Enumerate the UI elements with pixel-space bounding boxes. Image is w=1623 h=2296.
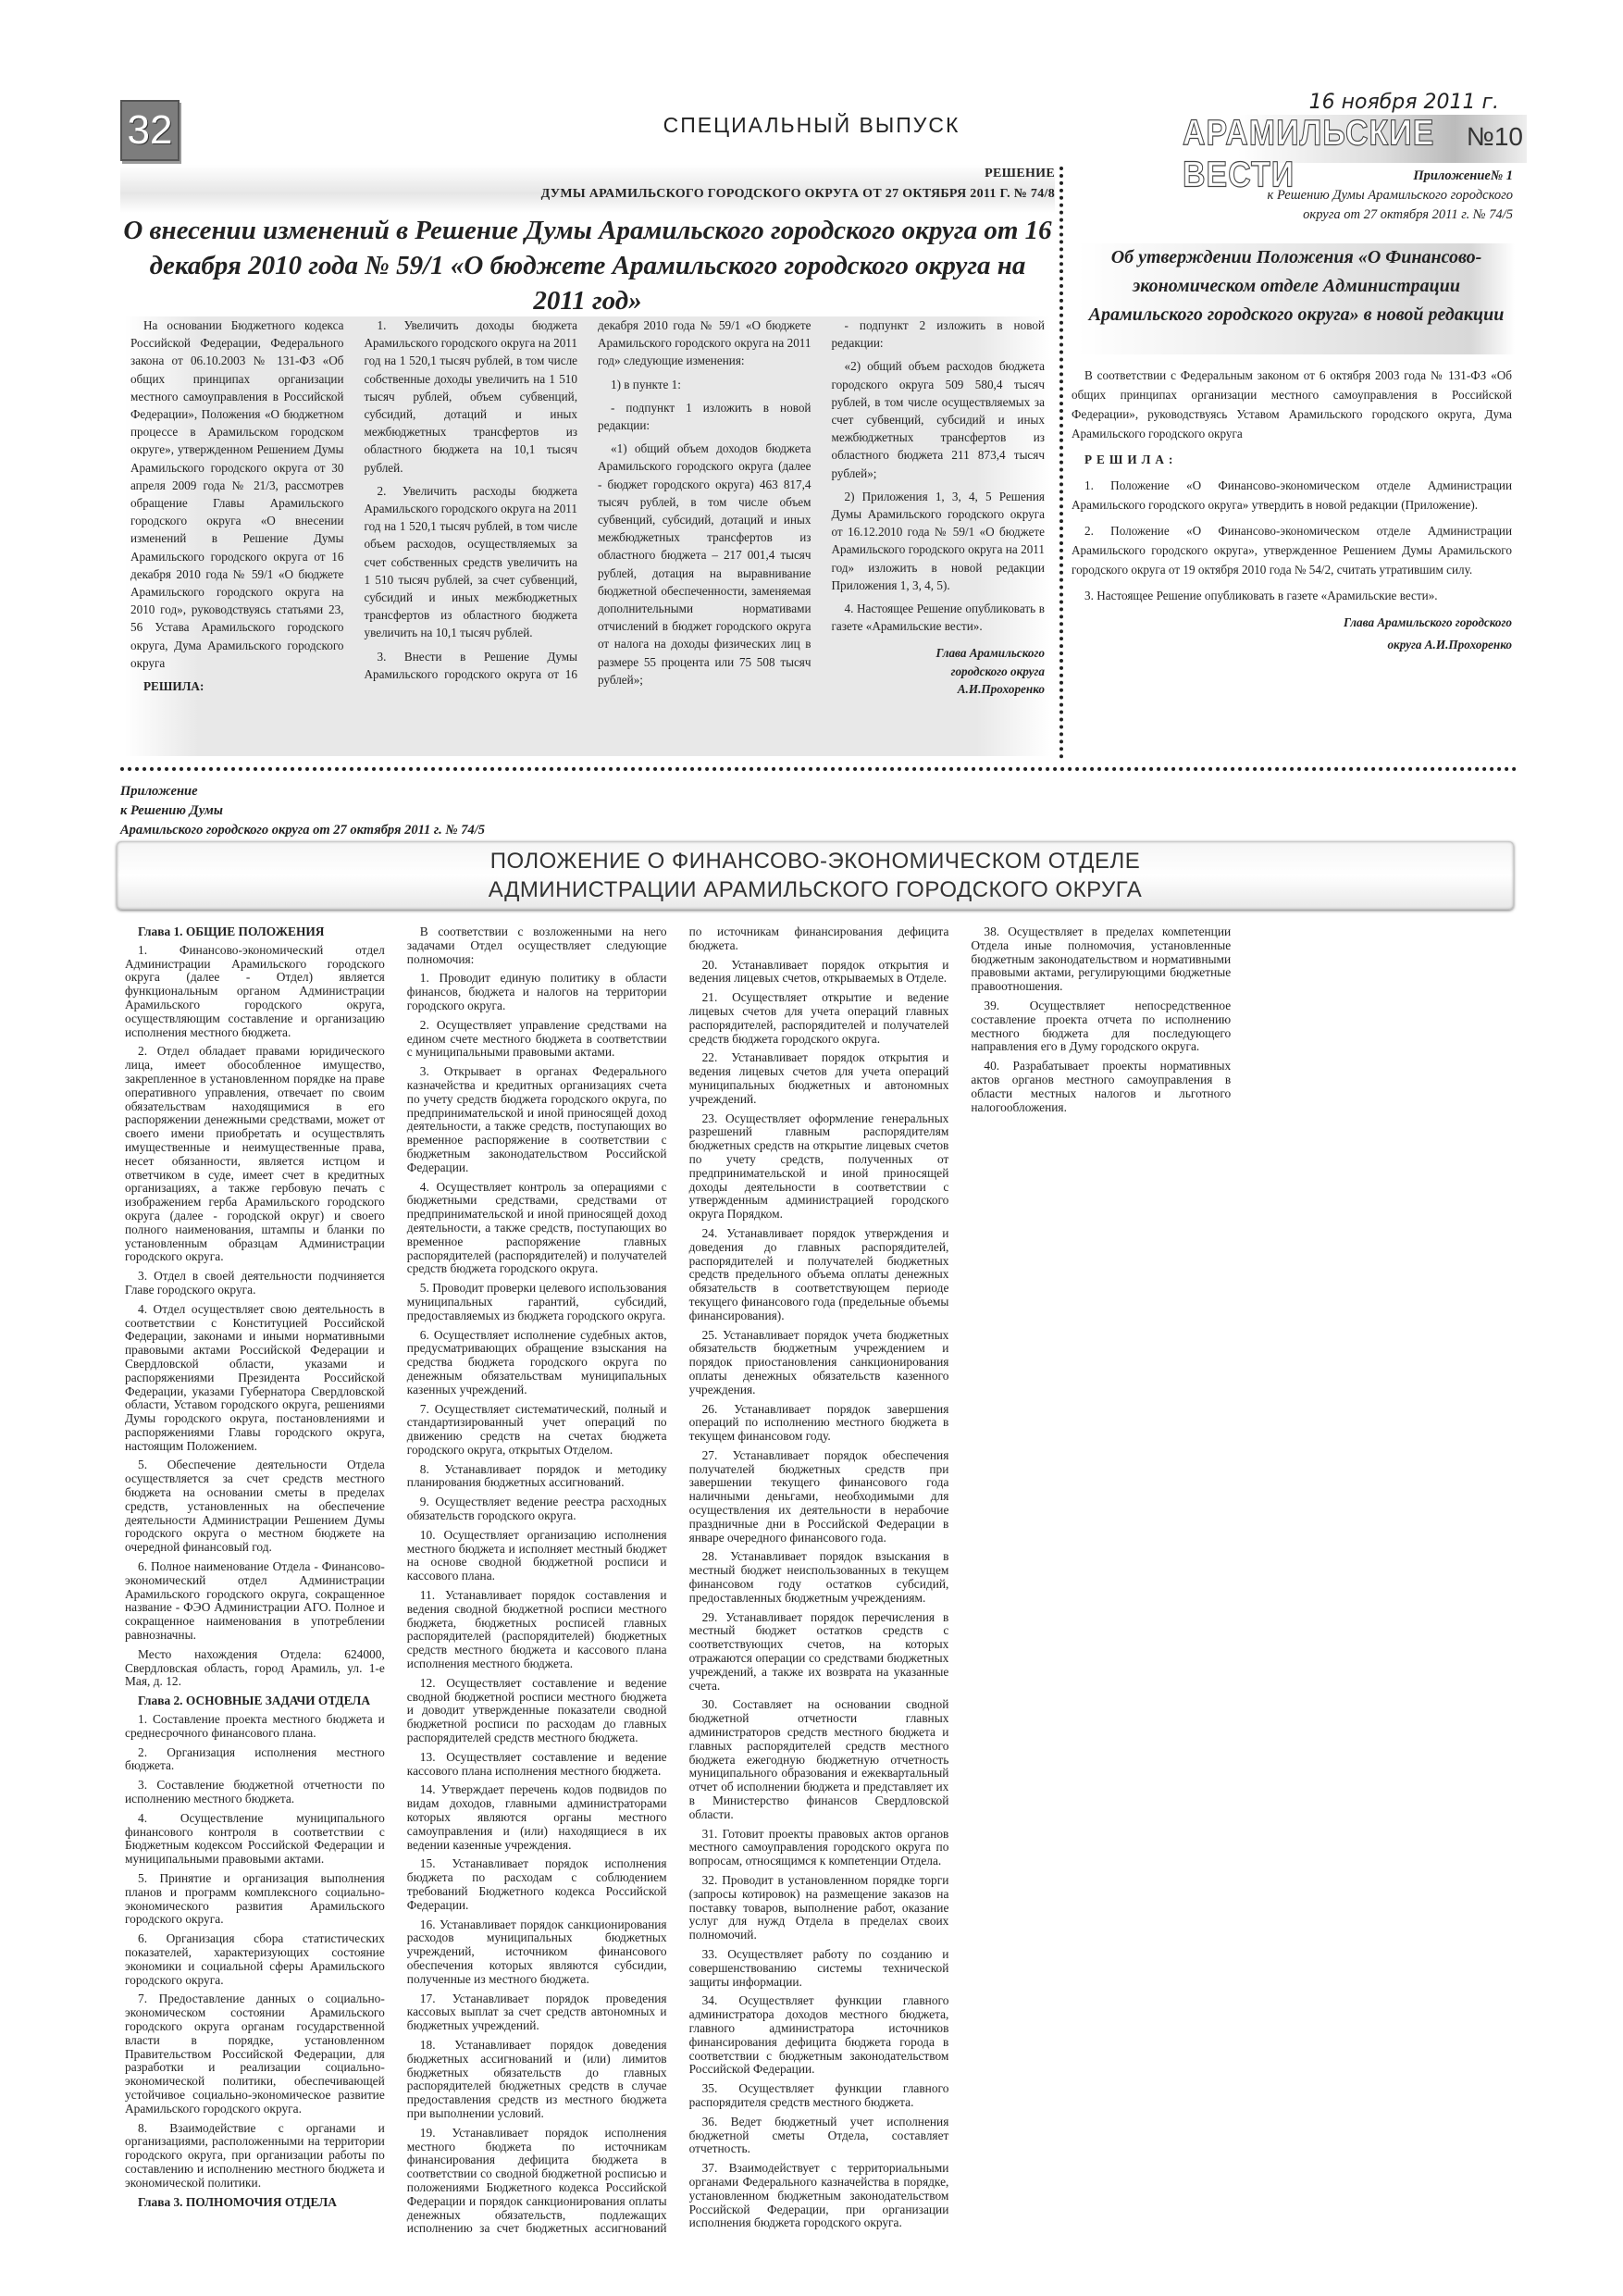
resolution-title: О внесении изменений в Решение Думы Арам…: [120, 213, 1055, 318]
regulation-item: 7. Предоставление данных о социально-эко…: [125, 1992, 385, 2116]
regulation-item: 22. Устанавливает порядок открытия и вед…: [689, 1051, 949, 1106]
regulation-title-line: ПОЛОЖЕНИЕ О ФИНАНСОВО-ЭКОНОМИЧЕСКОМ ОТДЕ…: [117, 847, 1514, 875]
signature-line: Глава Арамильского: [935, 646, 1045, 660]
issue-date: 16 ноября 2011 г.: [1268, 91, 1499, 114]
regulation-item: 5. Обеспечение деятельности Отдела осуще…: [125, 1458, 385, 1555]
appendix1-title: Об утверждении Положения «О Финансово-эк…: [1078, 243, 1515, 354]
regulation-item: Место нахождения Отдела: 624000, Свердло…: [125, 1648, 385, 1689]
regulation-item: 3. Составление бюджетной отчетности по и…: [125, 1779, 385, 1806]
resolution-decided: РЕШИЛА:: [130, 677, 344, 695]
resolution-body: На основании Бюджетного кодекса Российск…: [125, 316, 1050, 756]
appendix1-ref-line: к Решению Думы Арамильского городского: [1078, 186, 1513, 205]
regulation-intro: В соответствии с возложенными на него за…: [407, 925, 667, 966]
resolution-signature: Глава Арамильского городского округа А.И…: [832, 644, 1046, 698]
regulation-item: 21. Осуществляет открытие и ведение лице…: [689, 991, 949, 1046]
appendix1-body: В соответствии с Федеральным законом от …: [1072, 366, 1512, 663]
regulation-item: 35. Осуществляет функции главного распор…: [689, 2082, 949, 2110]
regulation-item: 27. Устанавливает порядок обеспечения по…: [689, 1449, 949, 1545]
resolution-label: РЕШЕНИЕ: [985, 167, 1055, 181]
resolution-item: 2) Приложения 1, 3, 4, 5 Решения Думы Ар…: [832, 488, 1046, 594]
regulation-item: 24. Устанавливает порядок утверждения и …: [689, 1227, 949, 1323]
regulation-item: 6. Осуществляет исполнение судебных акто…: [407, 1329, 667, 1397]
newspaper-masthead: АРАМИЛЬСКИЕ ВЕСТИ №10: [1166, 115, 1527, 163]
chapter-heading: Глава 2. ОСНОВНЫЕ ЗАДАЧИ ОТДЕЛА: [125, 1694, 385, 1708]
regulation-title-line: АДМИНИСТРАЦИИ АРАМИЛЬСКОГО ГОРОДСКОГО ОК…: [117, 875, 1514, 904]
regulation-item: 28. Устанавливает порядок взыскания в ме…: [689, 1550, 949, 1605]
appendix1-decided: РЕШИЛА:: [1072, 450, 1512, 469]
regulation-item: 3. Открывает в органах Федерального казн…: [407, 1065, 667, 1174]
appendix1-reference: Приложение№ 1 к Решению Думы Арамильског…: [1078, 167, 1513, 225]
resolution-item: 1. Увеличить доходы бюджета Арамильского…: [365, 316, 578, 477]
regulation-item: 2. Организация исполнения местного бюдже…: [125, 1746, 385, 1774]
regulation-item: 9. Осуществляет ведение реестра расходны…: [407, 1496, 667, 1523]
regulation-item: 40. Разрабатывает проекты нормативных ак…: [971, 1060, 1231, 1114]
regulation-item: 5. Принятие и организация выполнения пла…: [125, 1872, 385, 1927]
appendix1-item: 1. Положение «О Финансово-экономическом …: [1072, 476, 1512, 515]
appendix1-ref-title: Приложение№ 1: [1078, 167, 1513, 186]
regulation-item: 2. Отдел обладает правами юридического л…: [125, 1045, 385, 1264]
regulation-item: 16. Устанавливает порядок санкционирован…: [407, 1918, 667, 1987]
resolution-item: 4. Настоящее Решение опубликовать в газе…: [832, 600, 1046, 635]
appendix1-ref-line: округа от 27 октября 2011 г. № 74/5: [1078, 205, 1513, 225]
resolution-item: 1) в пункте 1:: [598, 376, 811, 393]
regulation-title-box: ПОЛОЖЕНИЕ О ФИНАНСОВО-ЭКОНОМИЧЕСКОМ ОТДЕ…: [117, 841, 1514, 910]
regulation-item: 1. Проводит единую политику в области фи…: [407, 972, 667, 1012]
signature-line: А.И.Прохоренко: [958, 682, 1045, 696]
resolution-subtitle: ДУМЫ АРАМИЛЬСКОГО ГОРОДСКОГО ОКРУГА ОТ 2…: [541, 187, 1055, 202]
regulation-item: 29. Устанавливает порядок перечисления в…: [689, 1611, 949, 1694]
regulation-item: 23. Осуществляет оформление генеральных …: [689, 1112, 949, 1222]
dotted-divider-horizontal: [120, 767, 1518, 771]
regulation-item: 30. Составляет на основании сводной бюдж…: [689, 1698, 949, 1821]
resolution-item: «1) общий объем доходов бюджета Арамильс…: [598, 440, 811, 689]
regulation-item: 15. Устанавливает порядок исполнения бюд…: [407, 1857, 667, 1912]
regulation-item: 1. Составление проекта местного бюджета …: [125, 1713, 385, 1741]
regulation-item: 33. Осуществляет работу по созданию и со…: [689, 1948, 949, 1989]
resolution-item: 2. Увеличить расходы бюджета Арамильског…: [365, 482, 578, 642]
regulation-item: 7. Осуществляет систематический, полный …: [407, 1403, 667, 1458]
regulation-item: 25. Устанавливает порядок учета бюджетны…: [689, 1329, 949, 1397]
regulation-item: 17. Устанавливает порядок проведения кас…: [407, 1992, 667, 2033]
appendix-ref-line: Арамильского городского округа от 27 окт…: [120, 821, 675, 840]
regulation-item: 2. Осуществляет управление средствами на…: [407, 1019, 667, 1060]
appendix1-preamble: В соответствии с Федеральным законом от …: [1072, 366, 1512, 443]
appendix1-item: 2. Положение «О Финансово-экономическом …: [1072, 521, 1512, 579]
regulation-item: 12. Осуществляет составление и ведение с…: [407, 1677, 667, 1745]
regulation-item: 18. Устанавливает порядок доведения бюдж…: [407, 2039, 667, 2121]
regulation-item: 14. Утверждает перечень кодов подвидов п…: [407, 1783, 667, 1852]
resolution-preamble: На основании Бюджетного кодекса Российск…: [130, 316, 344, 672]
appendix1-item: 3. Настоящее Решение опубликовать в газе…: [1072, 586, 1512, 605]
regulation-item: 38. Осуществляет в пределах компетенции …: [971, 925, 1231, 994]
chapter-heading: Глава 3. ПОЛНОМОЧИЯ ОТДЕЛА: [125, 2196, 385, 2210]
signature-line: округа А.И.Прохоренко: [1387, 638, 1512, 652]
regulation-item: 39. Осуществляет непосредственное состав…: [971, 999, 1231, 1054]
resolution-header: РЕШЕНИЕ ДУМЫ АРАМИЛЬСКОГО ГОРОДСКОГО ОКР…: [120, 165, 1055, 213]
issue-number: №10: [1467, 122, 1523, 152]
dotted-divider-vertical: [1059, 167, 1063, 759]
signature-line: Глава Арамильского городского: [1344, 615, 1512, 629]
appendix-ref-title: Приложение: [120, 782, 675, 801]
regulation-item: 11. Устанавливает порядок составления и …: [407, 1589, 667, 1671]
regulation-item: 6. Полное наименование Отдела - Финансов…: [125, 1560, 385, 1643]
chapter-heading: Глава 1. ОБЩИЕ ПОЛОЖЕНИЯ: [125, 925, 385, 939]
appendix-reference: Приложение к Решению Думы Арамильского г…: [120, 782, 675, 840]
regulation-item: 20. Устанавливает порядок открытия и вед…: [689, 959, 949, 987]
regulation-body: Глава 1. ОБЩИЕ ПОЛОЖЕНИЯ 1. Финансово-эк…: [125, 925, 1513, 2240]
regulation-item: 10. Осуществляет организацию исполнения …: [407, 1529, 667, 1583]
resolution-item: - подпункт 2 изложить в новой редакции:: [832, 316, 1046, 352]
regulation-item: 36. Ведет бюджетный учет исполнения бюдж…: [689, 2116, 949, 2156]
regulation-item: 4. Осуществление муниципального финансов…: [125, 1812, 385, 1867]
resolution-item: «2) общий объем расходов бюджета городск…: [832, 357, 1046, 481]
signature-line: городского округа: [951, 664, 1045, 678]
resolution-item: - подпункт 1 изложить в новой редакции:: [598, 399, 811, 434]
regulation-item: 3. Отдел в своей деятельности подчиняетс…: [125, 1270, 385, 1297]
appendix1-signature: Глава Арамильского городского округа А.И…: [1072, 612, 1512, 656]
regulation-item: 13. Осуществляет составление и ведение к…: [407, 1751, 667, 1779]
regulation-item: 26. Устанавливает порядок завершения опе…: [689, 1403, 949, 1444]
regulation-item: 31. Готовит проекты правовых актов орган…: [689, 1828, 949, 1868]
regulation-item: 32. Проводит в установленном порядке тор…: [689, 1874, 949, 1942]
regulation-item: 34. Осуществляет функции главного админи…: [689, 1994, 949, 2077]
regulation-item: 1. Финансово-экономический отдел Админис…: [125, 944, 385, 1040]
appendix-ref-line: к Решению Думы: [120, 801, 675, 821]
regulation-item: 8. Взаимодействие с органами и организац…: [125, 2122, 385, 2191]
regulation-item: 5. Проводит проверки целевого использова…: [407, 1282, 667, 1322]
regulation-item: 4. Осуществляет контроль за операциями с…: [407, 1181, 667, 1277]
regulation-item: 37. Взаимодействует с территориальными о…: [689, 2162, 949, 2230]
regulation-item: 4. Отдел осуществляет свою деятельность …: [125, 1303, 385, 1454]
regulation-item: 6. Организация сбора статистических пока…: [125, 1932, 385, 1987]
regulation-item: 8. Устанавливает порядок и методику план…: [407, 1463, 667, 1491]
